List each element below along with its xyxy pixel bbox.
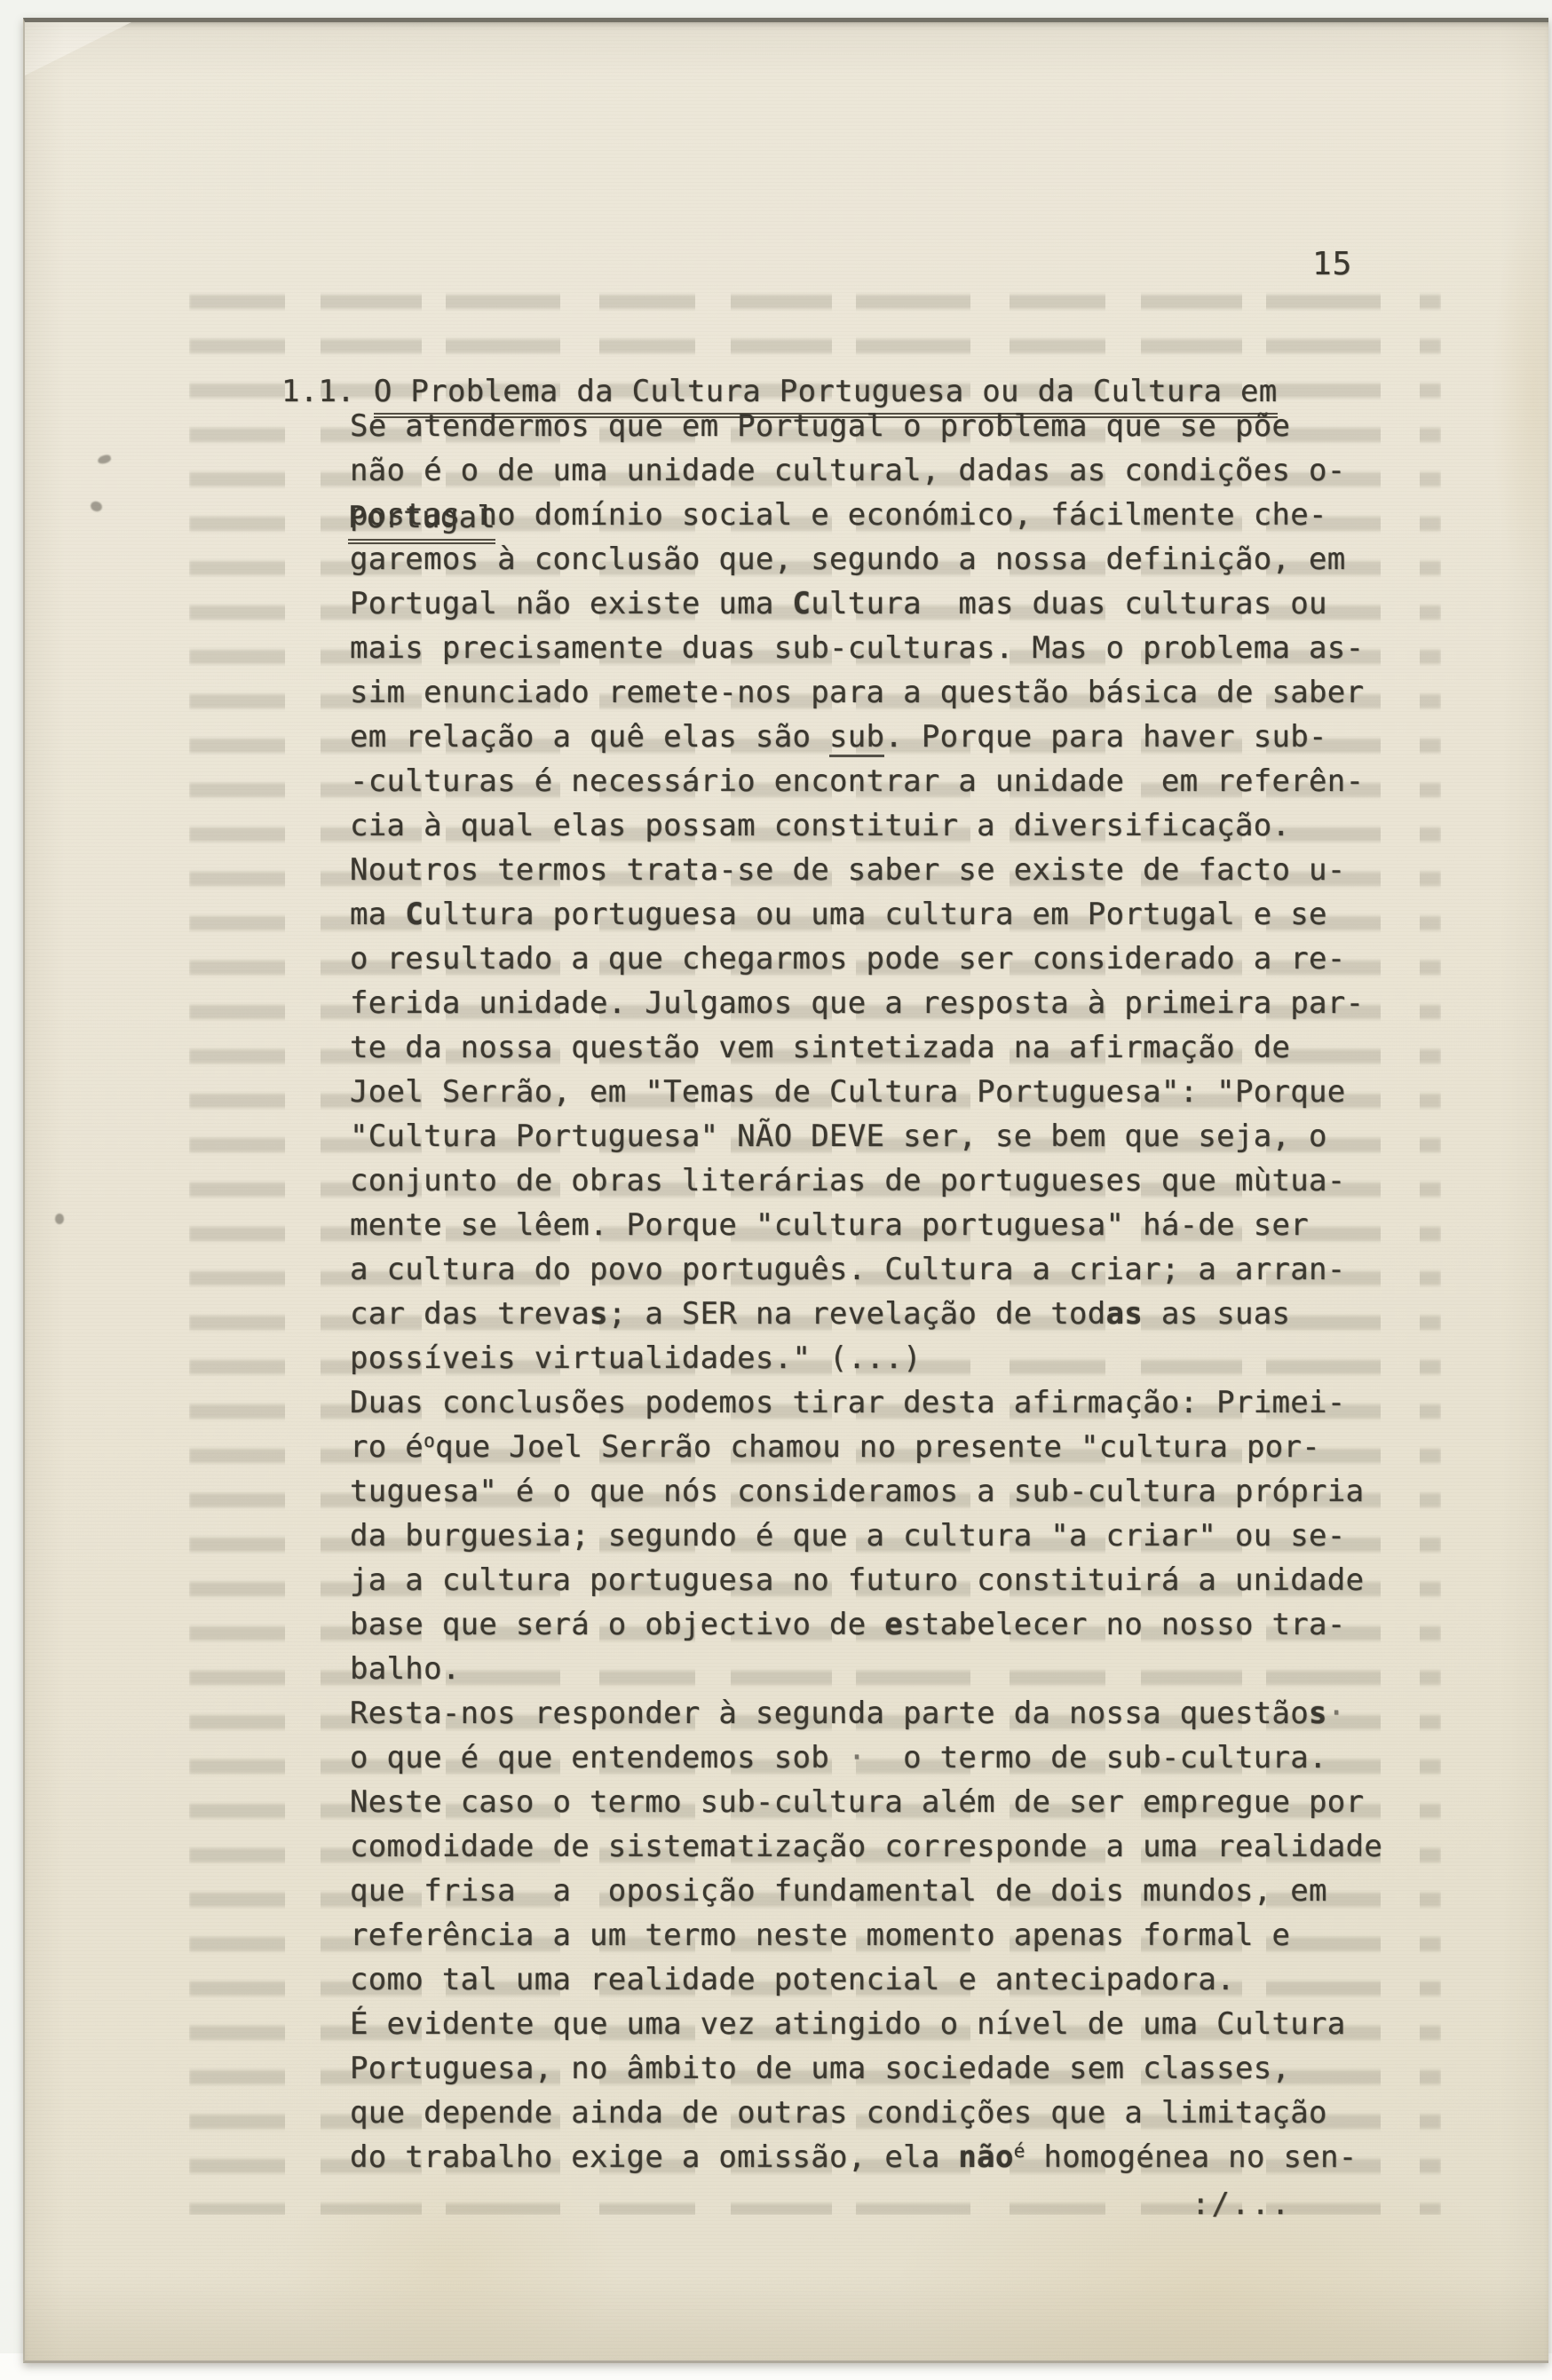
body-line-emphasis: C xyxy=(405,897,424,932)
body-line-emphasis: e xyxy=(884,1607,903,1642)
body-line: possíveis virtualidades." (...) xyxy=(350,1336,1382,1380)
body-line-emphasis: C xyxy=(792,586,811,621)
body-line: a cultura do povo português. Cultura a c… xyxy=(350,1247,1382,1292)
corner-fold xyxy=(25,22,131,75)
typewritten-body: Se atendermos que em Portugal o problema… xyxy=(350,404,1382,2179)
body-line-emphasis: o xyxy=(424,1429,435,1451)
body-line-text: mais precisamente duas sub-culturas. Mas… xyxy=(350,630,1364,666)
body-line: Portuguesa, no âmbito de uma sociedade s… xyxy=(350,2046,1382,2091)
body-line-text: não é o de uma unidade cultural, dadas a… xyxy=(350,453,1346,488)
body-line-text: conjunto de obras literárias de portugue… xyxy=(350,1163,1346,1198)
body-line: ma Cultura portuguesa ou uma cultura em … xyxy=(350,892,1382,937)
body-line: Neste caso o termo sub-cultura além de s… xyxy=(350,1780,1382,1824)
body-line: ja a cultura portuguesa no futuro consti… xyxy=(350,1558,1382,1602)
body-line-text: sim enunciado remete-nos para a questão … xyxy=(350,675,1364,710)
body-line-text: Neste caso o termo sub-cultura além de s… xyxy=(350,1784,1364,1820)
body-line: como tal uma realidade potencial e antec… xyxy=(350,1957,1382,2002)
body-line-text: como tal uma realidade potencial e antec… xyxy=(350,1962,1235,1997)
body-line: não é o de uma unidade cultural, dadas a… xyxy=(350,448,1382,493)
body-line: Portugal não existe uma Cultura mas duas… xyxy=(350,581,1382,626)
body-line: garemos à conclusão que, segundo a nossa… xyxy=(350,537,1382,581)
body-line: Duas conclusões podemos tirar desta afir… xyxy=(350,1380,1382,1425)
body-line-text: garemos à conclusão que, segundo a nossa… xyxy=(350,542,1346,577)
body-line-text: o termo de sub-cultura. xyxy=(867,1740,1327,1775)
body-line-text: Noutros termos trata-se de saber se exis… xyxy=(350,852,1346,888)
body-line: É evidente que uma vez atingido o nível … xyxy=(350,2002,1382,2046)
scanned-typewritten-page: { "document": { "page_number": "15", "he… xyxy=(0,0,1552,2380)
body-line: Noutros termos trata-se de saber se exis… xyxy=(350,848,1382,892)
body-line-text: Se atendermos que em Portugal o problema… xyxy=(350,408,1290,444)
body-line-text: Duas conclusões podemos tirar desta afir… xyxy=(350,1385,1346,1420)
body-line-emphasis: s xyxy=(590,1296,608,1332)
body-line: do trabalho exige a omissão, ela nãoé ho… xyxy=(350,2135,1382,2179)
body-line: Se atendermos que em Portugal o problema… xyxy=(350,404,1382,448)
body-line-text: referência a um termo neste momento apen… xyxy=(350,1917,1290,1953)
body-line-text: o resultado a que chegarmos pode ser con… xyxy=(350,941,1346,977)
body-line-emphasis: · xyxy=(848,1740,867,1775)
body-line-text: tuguesa" é o que nós consideramos a sub-… xyxy=(350,1474,1364,1509)
body-line-text: que frisa a oposição fundamental de dois… xyxy=(350,1873,1327,1909)
body-line: Resta-nos responder à segunda parte da n… xyxy=(350,1691,1382,1736)
body-line-text: que Joel Serrão chamou no presente "cult… xyxy=(435,1429,1320,1465)
body-line: ferida unidade. Julgamos que a resposta … xyxy=(350,981,1382,1025)
body-line-text: ferida unidade. Julgamos que a resposta … xyxy=(350,985,1364,1021)
body-line-text: Resta-nos responder à segunda parte da n… xyxy=(350,1696,1309,1731)
body-line: postas no domínio social e económico, fá… xyxy=(350,493,1382,537)
body-line-text: te da nossa questão vem sintetizada na a… xyxy=(350,1030,1290,1065)
body-line: que frisa a oposição fundamental de dois… xyxy=(350,1869,1382,1913)
body-line-emphasis: s xyxy=(1309,1696,1327,1731)
body-line: car das trevas; a SER na revelação de to… xyxy=(350,1292,1382,1336)
body-line: em relação a quê elas são sub. Porque pa… xyxy=(350,715,1382,759)
ink-speck xyxy=(55,1214,64,1224)
body-line: tuguesa" é o que nós consideramos a sub-… xyxy=(350,1469,1382,1514)
body-line-text: em relação a quê elas são xyxy=(350,719,829,755)
body-line-emphasis: · xyxy=(1327,1696,1346,1731)
ink-speck xyxy=(97,454,112,464)
body-line: mais precisamente duas sub-culturas. Mas… xyxy=(350,626,1382,670)
body-line-text: o que é que entendemos sob xyxy=(350,1740,848,1775)
body-line: conjunto de obras literárias de portugue… xyxy=(350,1158,1382,1203)
body-line: base que será o objectivo de estabelecer… xyxy=(350,1602,1382,1647)
body-line-text: cia à qual elas possam constituir a dive… xyxy=(350,808,1290,843)
body-line: referência a um termo neste momento apen… xyxy=(350,1913,1382,1957)
body-line-emphasis: é xyxy=(1014,2139,1025,2162)
body-line-text: do trabalho exige a omissão, ela xyxy=(350,2139,958,2175)
body-line-text: postas no domínio social e económico, fá… xyxy=(350,497,1327,533)
body-line-text: stabelecer no nosso tra- xyxy=(903,1607,1345,1642)
ink-speck xyxy=(90,500,104,513)
body-line-emphasis: não xyxy=(958,2139,1013,2175)
body-line-text: mente se lêem. Porque "cultura portugues… xyxy=(350,1207,1309,1243)
body-line-text: Joel Serrão, em "Temas de Cultura Portug… xyxy=(350,1074,1346,1110)
body-line-text: ; a SER na revelação de tod xyxy=(608,1296,1106,1332)
body-line-text: Portuguesa, no âmbito de uma sociedade s… xyxy=(350,2051,1290,2086)
body-line-emphasis: sub xyxy=(829,719,884,757)
body-line-text: Portugal não existe uma xyxy=(350,586,792,621)
body-line-text: a cultura do povo português. Cultura a c… xyxy=(350,1252,1346,1287)
body-line-text: homogénea no sen- xyxy=(1025,2139,1358,2175)
body-line-text: ro é xyxy=(350,1429,424,1465)
body-line: o que é que entendemos sob · o termo de … xyxy=(350,1736,1382,1780)
body-line-text: da burguesia; segundo é que a cultura "a… xyxy=(350,1518,1346,1554)
body-line-text: "Cultura Portuguesa" NÃO DEVE ser, se be… xyxy=(350,1119,1327,1154)
body-line: ro éoque Joel Serrão chamou no presente … xyxy=(350,1425,1382,1469)
body-line-text: as suas xyxy=(1143,1296,1290,1332)
body-line: comodidade de sistematização corresponde… xyxy=(350,1824,1382,1869)
body-line-text: que depende ainda de outras condições qu… xyxy=(350,2095,1327,2131)
body-line-text: balho. xyxy=(350,1651,461,1687)
body-line: cia à qual elas possam constituir a dive… xyxy=(350,803,1382,848)
body-line-text: possíveis virtualidades." (...) xyxy=(350,1340,922,1376)
body-line-text: ja a cultura portuguesa no futuro consti… xyxy=(350,1562,1364,1598)
body-line-text: ma xyxy=(350,897,405,932)
body-line-text: É evidente que uma vez atingido o nível … xyxy=(350,2006,1346,2042)
body-line: mente se lêem. Porque "cultura portugues… xyxy=(350,1203,1382,1247)
body-line-text: base que será o objectivo de xyxy=(350,1607,884,1642)
body-line: "Cultura Portuguesa" NÃO DEVE ser, se be… xyxy=(350,1114,1382,1158)
body-line: -culturas é necessário encontrar a unida… xyxy=(350,759,1382,803)
paper-sheet: 15 1.1. O Problema da Cultura Portuguesa… xyxy=(23,18,1548,2363)
body-line-text: ultura portuguesa ou uma cultura em Port… xyxy=(424,897,1327,932)
body-line: te da nossa questão vem sintetizada na a… xyxy=(350,1025,1382,1070)
continuation-mark: :/... xyxy=(1192,2186,1291,2222)
page-number: 15 xyxy=(1312,246,1352,282)
body-line: Joel Serrão, em "Temas de Cultura Portug… xyxy=(350,1070,1382,1114)
body-line: da burguesia; segundo é que a cultura "a… xyxy=(350,1514,1382,1558)
body-line-text: . Porque para haver sub- xyxy=(884,719,1326,755)
body-line-text: ultura mas duas culturas ou xyxy=(811,586,1327,621)
body-line: sim enunciado remete-nos para a questão … xyxy=(350,670,1382,715)
body-line-text: -culturas é necessário encontrar a unida… xyxy=(350,763,1364,799)
body-line-text: comodidade de sistematização corresponde… xyxy=(350,1829,1382,1864)
body-line: o resultado a que chegarmos pode ser con… xyxy=(350,937,1382,981)
body-line: balho. xyxy=(350,1647,1382,1691)
body-line: que depende ainda de outras condições qu… xyxy=(350,2091,1382,2135)
body-line-emphasis: as xyxy=(1106,1296,1144,1332)
body-line-text: car das treva xyxy=(350,1296,590,1332)
